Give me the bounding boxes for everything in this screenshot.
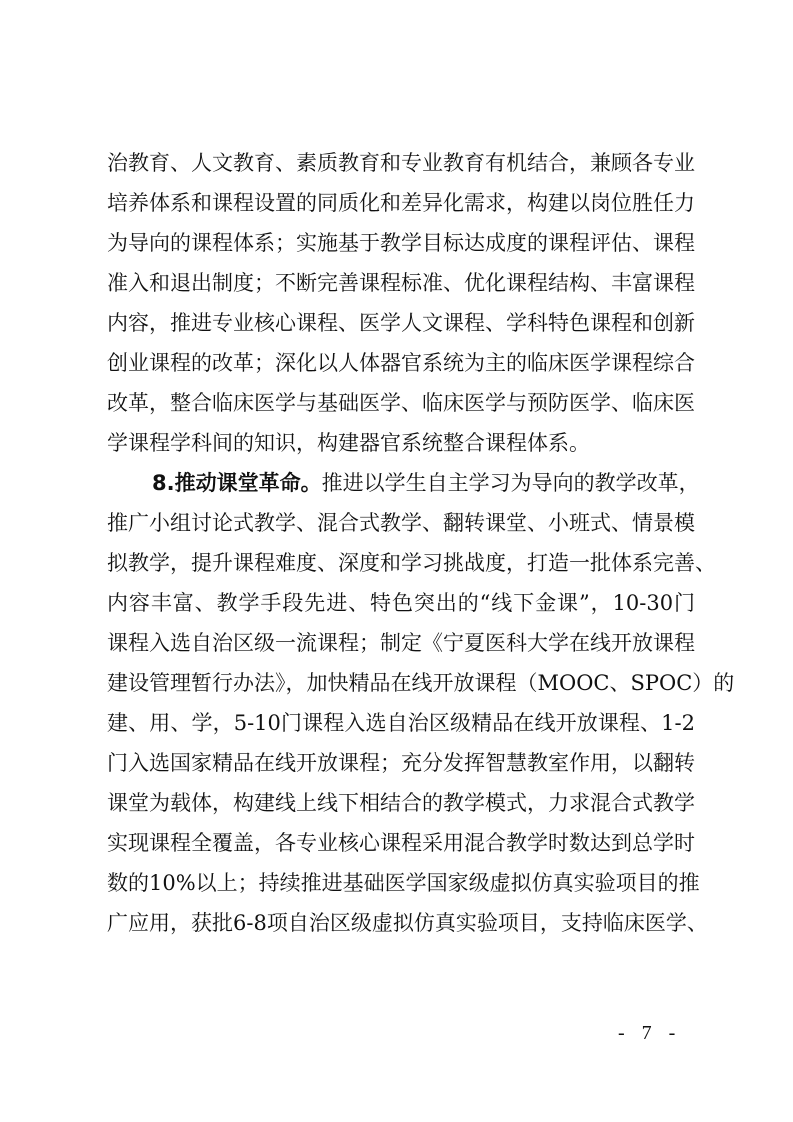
page-number: - 7 - — [618, 1022, 681, 1045]
section-8-first-line: 8.推动课堂革命。推进以学生自主学习为导向的教学改革， — [107, 463, 695, 503]
document-page: 治教育、人文教育、素质教育和专业教育有机结合，兼顾各专业 培养体系和课程设置的同… — [0, 0, 793, 1122]
paragraph-line: 治教育、人文教育、素质教育和专业教育有机结合，兼顾各专业 — [107, 143, 695, 183]
paragraph-line: 课堂为载体，构建线上线下相结合的教学模式，力求混合式教学 — [107, 783, 695, 823]
paragraph-line: 创业课程的改革；深化以人体器官系统为主的临床医学课程综合 — [107, 343, 695, 383]
paragraph-line: 广应用，获批6-8项自治区级虚拟仿真实验项目，支持临床医学、 — [107, 903, 695, 943]
paragraph-line: 内容丰富、教学手段先进、特色突出的“线下金课”，10-30门 — [107, 583, 695, 623]
paragraph-line: 改革，整合临床医学与基础医学、临床医学与预防医学、临床医 — [107, 383, 695, 423]
paragraph-line: 拟教学，提升课程难度、深度和学习挑战度，打造一批体系完善、 — [107, 543, 695, 583]
paragraph-line: 学课程学科间的知识，构建器官系统整合课程体系。 — [107, 423, 695, 463]
paragraph-line: 内容，推进专业核心课程、医学人文课程、学科特色课程和创新 — [107, 303, 695, 343]
section-heading: 8.推动课堂革命。 — [152, 471, 322, 495]
section-8-first-line-text: 推进以学生自主学习为导向的教学改革， — [322, 471, 700, 495]
paragraph-line: 门入选国家精品在线开放课程；充分发挥智慧教室作用，以翻转 — [107, 743, 695, 783]
paragraph-line: 实现课程全覆盖，各专业核心课程采用混合教学时数达到总学时 — [107, 823, 695, 863]
paragraph-line: 准入和退出制度；不断完善课程标准、优化课程结构、丰富课程 — [107, 263, 695, 303]
paragraph-line: 推广小组讨论式教学、混合式教学、翻转课堂、小班式、情景模 — [107, 503, 695, 543]
paragraph-line: 培养体系和课程设置的同质化和差异化需求，构建以岗位胜任力 — [107, 183, 695, 223]
paragraph-line: 建设管理暂行办法》，加快精品在线开放课程（MOOC、SPOC）的 — [107, 663, 695, 703]
paragraph-line: 为导向的课程体系；实施基于教学目标达成度的课程评估、课程 — [107, 223, 695, 263]
paragraph-line: 课程入选自治区级一流课程；制定《宁夏医科大学在线开放课程 — [107, 623, 695, 663]
paragraph-line: 数的10%以上；持续推进基础医学国家级虚拟仿真实验项目的推 — [107, 863, 695, 903]
body-text: 治教育、人文教育、素质教育和专业教育有机结合，兼顾各专业 培养体系和课程设置的同… — [107, 143, 695, 943]
paragraph-line: 建、用、学，5-10门课程入选自治区级精品在线开放课程、1-2 — [107, 703, 695, 743]
